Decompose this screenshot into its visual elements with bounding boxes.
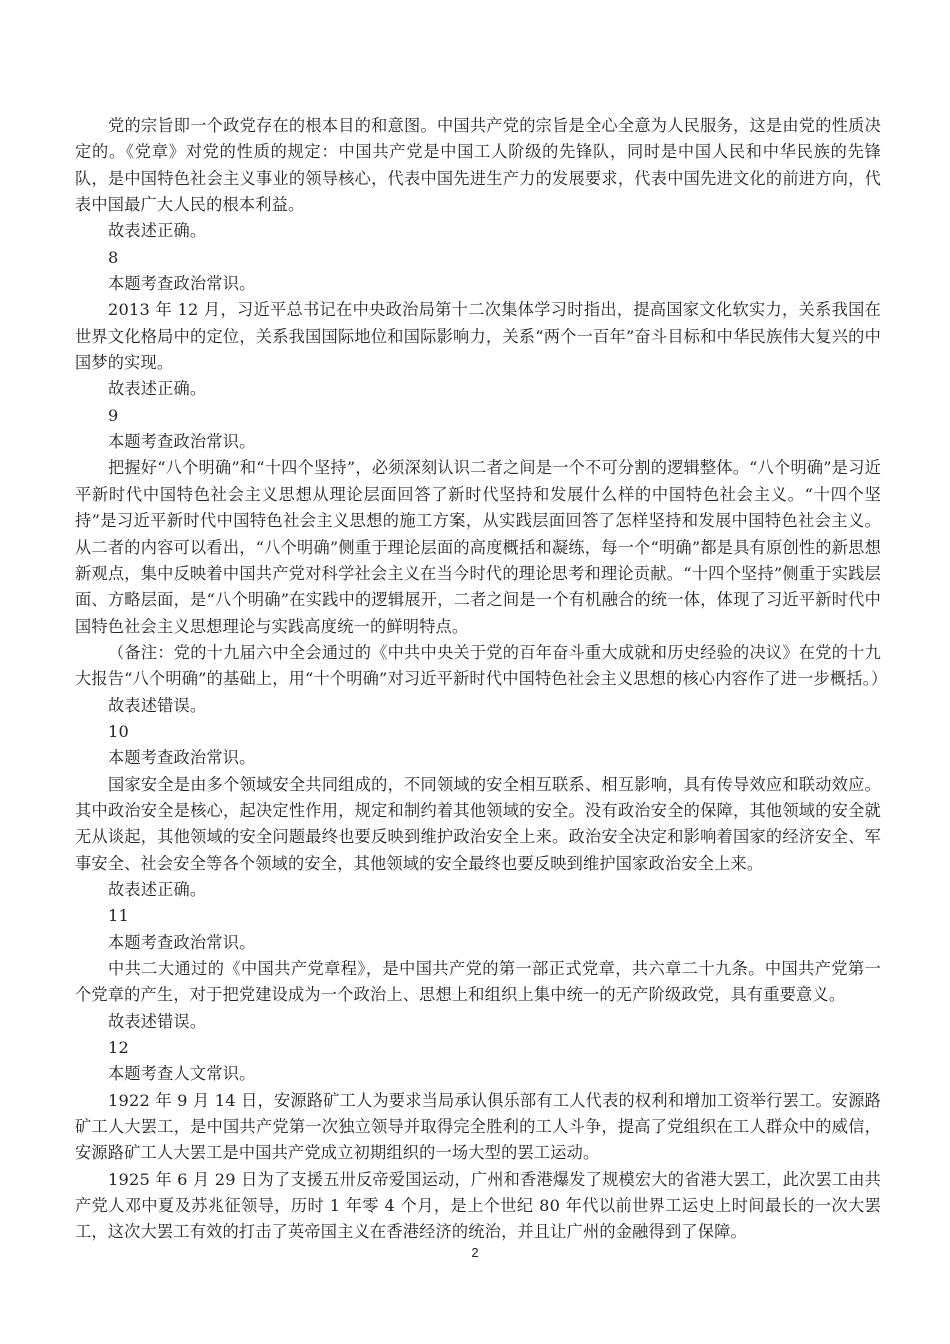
paragraph-anyuan-strike: 1922 年 9 月 14 日，安源路矿工人为要求当局承认俱乐部有工人代表的权利…	[75, 1088, 881, 1167]
topic-q12: 本题考查人文常识。	[75, 1061, 881, 1087]
paragraph-eight-fourteen: 把握好“八个明确”和“十四个坚持”，必须深刻认识二者之间是一个不可分割的逻辑整体…	[75, 455, 881, 639]
note-paragraph: （备注：党的十九届六中全会通过的《中共中央关于党的百年奋斗重大成就和历史经验的决…	[75, 640, 881, 693]
topic-q11: 本题考查政治常识。	[75, 930, 881, 956]
paragraph-party-constitution: 中共二大通过的《中国共产党章程》，是中国共产党的第一部正式党章，共六章二十九条。…	[75, 956, 881, 1009]
conclusion-q7: 故表述正确。	[75, 218, 881, 244]
document-page: 党的宗旨即一个政党存在的根本目的和意图。中国共产党的宗旨是全心全意为人民服务，这…	[75, 113, 881, 1246]
paragraph-canton-hongkong-strike: 1925 年 6 月 29 日为了支援五卅反帝爱国运动，广州和香港爆发了规模宏大…	[75, 1167, 881, 1246]
question-number-11: 11	[75, 903, 881, 929]
paragraph-party-purpose: 党的宗旨即一个政党存在的根本目的和意图。中国共产党的宗旨是全心全意为人民服务，这…	[75, 113, 881, 218]
question-number-9: 9	[75, 403, 881, 429]
topic-q9: 本题考查政治常识。	[75, 429, 881, 455]
question-number-10: 10	[75, 719, 881, 745]
conclusion-q9: 故表述错误。	[75, 693, 881, 719]
question-number-12: 12	[75, 1035, 881, 1061]
page-number: 2	[0, 1245, 950, 1260]
topic-q8: 本题考查政治常识。	[75, 271, 881, 297]
conclusion-q11: 故表述错误。	[75, 1009, 881, 1035]
conclusion-q8: 故表述正确。	[75, 376, 881, 402]
topic-q10: 本题考查政治常识。	[75, 745, 881, 771]
question-number-8: 8	[75, 245, 881, 271]
paragraph-cultural-soft-power: 2013 年 12 月，习近平总书记在中央政治局第十二次集体学习时指出，提高国家…	[75, 297, 881, 376]
paragraph-national-security: 国家安全是由多个领域安全共同组成的，不同领域的安全相互联系、相互影响，具有传导效…	[75, 772, 881, 877]
conclusion-q10: 故表述正确。	[75, 877, 881, 903]
